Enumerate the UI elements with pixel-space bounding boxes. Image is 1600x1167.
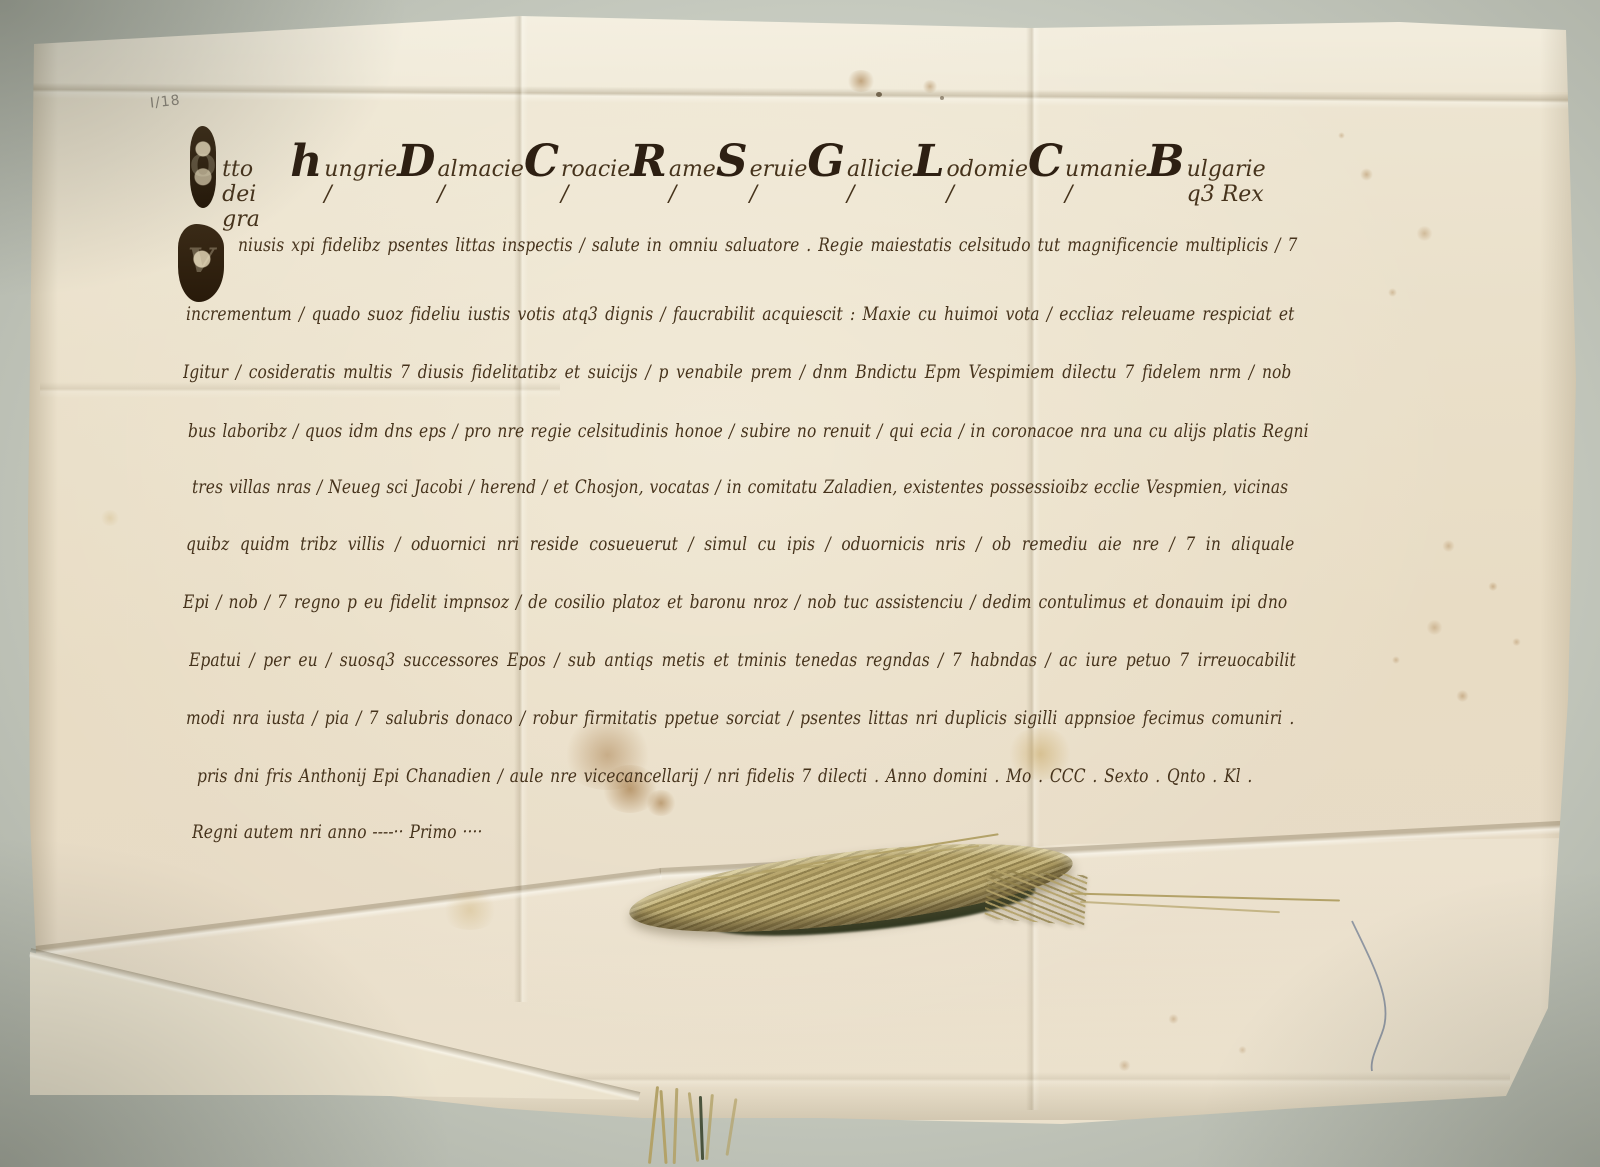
- heading-initial: S: [716, 142, 748, 182]
- ornate-initial-v: V: [178, 224, 224, 302]
- heading-segment: Cumanie /: [1028, 142, 1147, 207]
- seal-cord-strand: [688, 1092, 700, 1162]
- seal-cord-strand: [648, 1086, 659, 1164]
- charter-text-line: modi nra iusta / pia / 7 salubris donaco…: [186, 703, 1294, 735]
- heading-initial: h: [290, 142, 322, 182]
- heading-word: odomie /: [947, 157, 1029, 207]
- heading-word: allicie /: [847, 157, 914, 207]
- charter-text-line: tres villas nras / Neueg sci Jacobi / he…: [192, 472, 1288, 504]
- ink-speck: [940, 96, 944, 100]
- ink-speck: [876, 92, 882, 97]
- stain-spot: [645, 790, 677, 816]
- charter-text-line: Igitur / cosideratis multis 7 diusis fid…: [183, 357, 1291, 389]
- heading-segment: Dalmacie /: [397, 142, 524, 207]
- stain-spot: [1456, 690, 1469, 702]
- charter-text-line: pris dni fris Anthonij Epi Chanadien / a…: [197, 761, 1252, 793]
- stain-spot: [1416, 226, 1433, 241]
- parchment: I/18 Otto dei gra hungrie / Dalmacie / C…: [0, 0, 1600, 1167]
- heading-segment: Bulgarie q3 Rex: [1147, 142, 1272, 207]
- edge-shading: [28, 40, 58, 1060]
- heading-initial: R: [630, 142, 667, 182]
- heading-initial: C: [524, 142, 559, 182]
- seal-cord-strand: [705, 1094, 714, 1160]
- ornate-initial-o: O: [190, 126, 216, 208]
- heading-word: ame /: [669, 157, 716, 207]
- fold-crease: [30, 83, 1570, 110]
- heading-word: ungrie /: [324, 157, 397, 207]
- stain-spot: [1360, 168, 1373, 181]
- charter-text-line: quibz quidm tribz villis / oduornici nri…: [186, 529, 1294, 561]
- stain-spot: [1488, 582, 1498, 591]
- seal-cord-strand: [659, 1090, 667, 1164]
- charter-text-line: Epi / nob / 7 regno p eu fidelit impnsoz…: [183, 587, 1287, 619]
- seal-cord-strand: [673, 1088, 679, 1164]
- heading-word: umanie /: [1065, 157, 1147, 207]
- heading-word: ulgarie q3 Rex: [1187, 157, 1272, 207]
- heading-segment: hungrie /: [290, 142, 397, 207]
- stain-spot: [922, 80, 938, 93]
- heading-segment: Lodomie /: [914, 142, 1028, 207]
- charter-text-line: Regni autem nri anno ----·· Primo ····: [192, 817, 763, 849]
- heading-segment: Rame /: [630, 142, 716, 207]
- charter-text-line: incrementum / quado suoz fideliu iustis …: [186, 299, 1294, 331]
- stain-spot: [1426, 620, 1443, 635]
- edge-shading: [1540, 28, 1576, 1078]
- seal-cord-strand: [725, 1098, 737, 1156]
- heading-initial: L: [914, 142, 945, 182]
- heading-segment: Gallicie /: [807, 142, 913, 207]
- heading-initial: B: [1147, 142, 1184, 182]
- heading-word: eruie /: [750, 157, 808, 207]
- heading-word: tto dei gra: [222, 157, 290, 232]
- heading-initial: G: [807, 142, 845, 182]
- stain-spot: [100, 510, 120, 526]
- plica-fold-edge: [35, 868, 662, 959]
- charter-text-line: niusis xpi fidelibz psentes littas inspe…: [238, 230, 1298, 262]
- seal-cord-strand: [699, 1096, 704, 1160]
- stain-spot: [1442, 540, 1455, 552]
- charter-intitulatio-line: Otto dei gra hungrie / Dalmacie / Croaci…: [190, 142, 1272, 232]
- stain-spot: [1388, 288, 1397, 297]
- stain-spot: [1512, 638, 1521, 646]
- top-fold-strip: [0, 0, 1600, 92]
- charter-text-line: Epatui / per eu / suosq3 successores Epo…: [189, 645, 1296, 677]
- heading-segment: Otto dei gra: [190, 156, 290, 232]
- seal-cord-knot: [984, 869, 1087, 926]
- archival-shelfmark-note: I/18: [149, 92, 181, 111]
- stain-spot: [1238, 1046, 1247, 1054]
- stain-spot: [1338, 132, 1345, 139]
- stain-spot: [440, 890, 500, 930]
- blue-fiber: [1330, 915, 1410, 1075]
- charter-photo: I/18 Otto dei gra hungrie / Dalmacie / C…: [0, 0, 1600, 1167]
- heading-word: almacie /: [437, 157, 524, 207]
- heading-initial: D: [397, 142, 435, 182]
- heading-segment: Croacie /: [524, 142, 630, 207]
- stain-spot: [1118, 1060, 1131, 1071]
- heading-word: roacie /: [561, 157, 630, 207]
- hanging-cord-ends: [600, 1086, 860, 1167]
- stain-spot: [1392, 656, 1400, 664]
- stain-spot: [1168, 1014, 1179, 1024]
- charter-text-line: bus laboribz / quos idm dns eps / pro nr…: [188, 416, 1309, 448]
- stain-spot: [846, 70, 876, 92]
- heading-segment: Seruie /: [716, 142, 808, 207]
- heading-initial: C: [1028, 142, 1063, 182]
